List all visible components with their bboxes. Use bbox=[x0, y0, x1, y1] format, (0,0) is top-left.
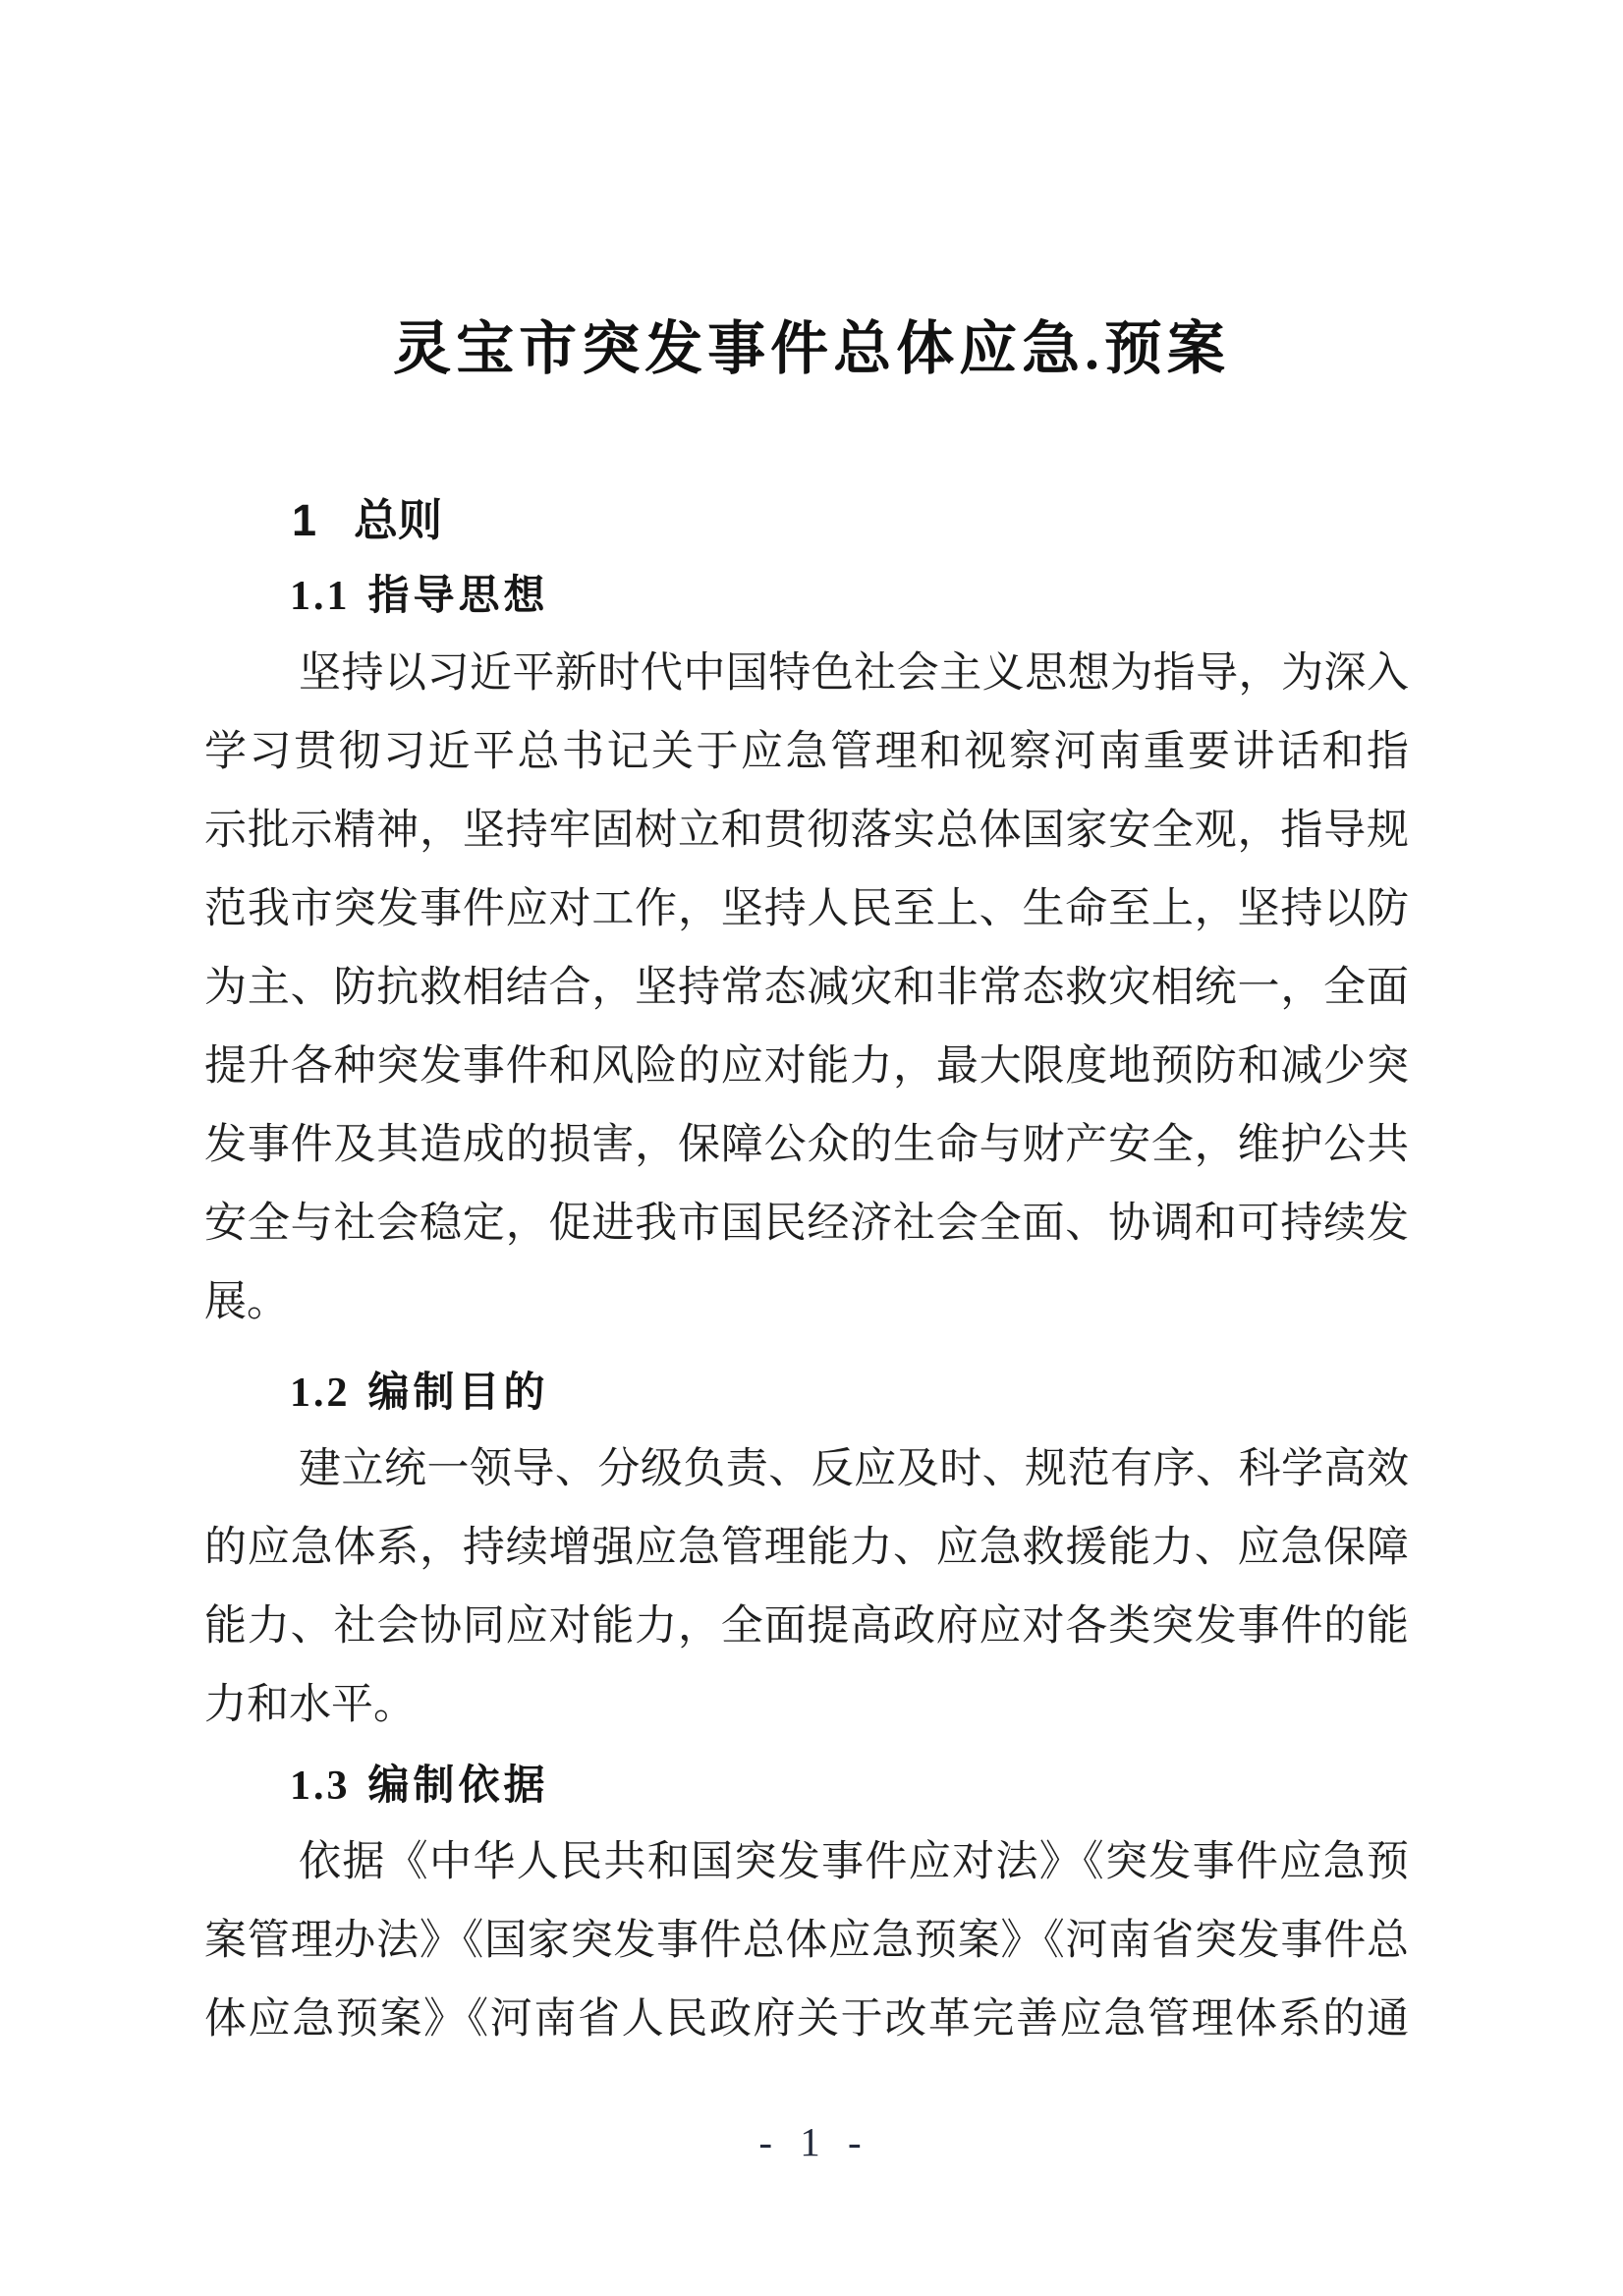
heading-number: 1.1 bbox=[290, 571, 351, 622]
paragraph: 建立统一领导、分级负责、反应及时、规范有序、科学高效的应急体系，持续增强应急管理… bbox=[204, 1430, 1409, 1745]
paragraph-line: 依据《中华人民共和国突发事件应对法》《突发事件应急预 bbox=[204, 1823, 1409, 1902]
document-title: 灵宝市突发事件总体应急.预案 bbox=[0, 315, 1623, 382]
heading-label: 总则 bbox=[354, 495, 442, 545]
heading-number: 1 bbox=[292, 494, 316, 547]
section-heading-1.1: 1.1指导思想 bbox=[290, 571, 549, 622]
section-heading-1: 1总则 bbox=[292, 494, 442, 547]
paragraph-line: 案管理办法》《国家突发事件总体应急预案》《河南省突发事件总 bbox=[204, 1902, 1409, 1981]
paragraph: 坚持以习近平新时代中国特色社会主义思想为指导，为深入学习贯彻习近平总书记关于应急… bbox=[204, 635, 1409, 1342]
paragraph-line: 发事件及其造成的损害，保障公众的生命与财产安全，维护公共 bbox=[204, 1106, 1409, 1185]
paragraph-line: 展。 bbox=[204, 1263, 1409, 1342]
paragraph-line: 学习贯彻习近平总书记关于应急管理和视察河南重要讲话和指 bbox=[204, 713, 1409, 792]
heading-label: 指导思想 bbox=[368, 574, 549, 619]
paragraph-line: 力和水平。 bbox=[204, 1666, 1409, 1745]
paragraph-line: 为主、防抗救相结合，坚持常态减灾和非常态救灾相统一，全面 bbox=[204, 949, 1409, 1028]
paragraph-line: 能力、社会协同应对能力，全面提高政府应对各类突发事件的能 bbox=[204, 1588, 1409, 1666]
paragraph-line: 提升各种突发事件和风险的应对能力，最大限度地预防和减少突 bbox=[204, 1028, 1409, 1106]
paragraph-line: 示批示精神，坚持牢固树立和贯彻落实总体国家安全观，指导规 bbox=[204, 792, 1409, 870]
heading-number: 1.3 bbox=[290, 1761, 351, 1812]
section-heading-1.2: 1.2编制目的 bbox=[290, 1368, 549, 1419]
paragraph-line: 范我市突发事件应对工作，坚持人民至上、生命至上，坚持以防 bbox=[204, 870, 1409, 949]
paragraph: 依据《中华人民共和国突发事件应对法》《突发事件应急预案管理办法》《国家突发事件总… bbox=[204, 1823, 1409, 2059]
paragraph-line: 建立统一领导、分级负责、反应及时、规范有序、科学高效 bbox=[204, 1430, 1409, 1509]
page-number: - 1 - bbox=[0, 2119, 1623, 2164]
heading-label: 编制目的 bbox=[368, 1371, 549, 1416]
paragraph-line: 的应急体系，持续增强应急管理能力、应急救援能力、应急保障 bbox=[204, 1509, 1409, 1588]
section-heading-1.3: 1.3编制依据 bbox=[290, 1761, 549, 1812]
document-page: 灵宝市突发事件总体应急.预案 1总则1.1指导思想坚持以习近平新时代中国特色社会… bbox=[0, 0, 1623, 2296]
heading-label: 编制依据 bbox=[368, 1764, 549, 1809]
paragraph-line: 坚持以习近平新时代中国特色社会主义思想为指导，为深入 bbox=[204, 635, 1409, 713]
heading-number: 1.2 bbox=[290, 1368, 351, 1419]
paragraph-line: 体应急预案》《河南省人民政府关于改革完善应急管理体系的通 bbox=[204, 1981, 1409, 2059]
paragraph-line: 安全与社会稳定，促进我市国民经济社会全面、协调和可持续发 bbox=[204, 1185, 1409, 1263]
